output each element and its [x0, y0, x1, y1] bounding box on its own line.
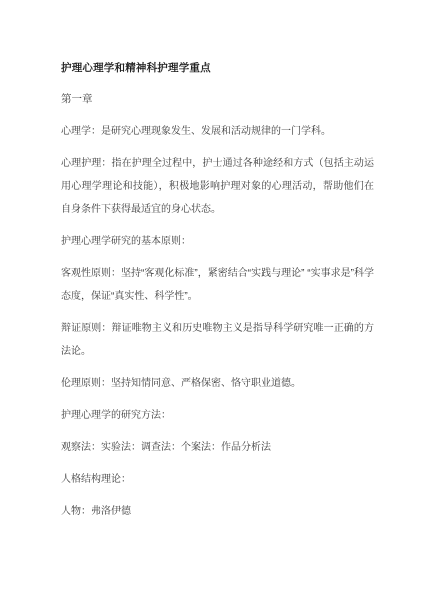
chapter-heading: 第一章	[61, 88, 374, 111]
paragraph-research-methods-heading: 护理心理学的研究方法：	[61, 404, 374, 427]
document-content: 护理心理学和精神科护理学重点 第一章 心理学：是研究心理现象发生、发展和活动规律…	[61, 57, 374, 523]
paragraph-basic-principles-heading: 护理心理学研究的基本原则：	[61, 230, 374, 253]
paragraph-research-methods-list: 观察法：实验法：调查法：个案法：作品分析法	[61, 436, 374, 459]
paragraph-dialectical-principle: 辩证原则：辩证唯物主义和历史唯物主义是指导科学研究唯一正确的方法论。	[61, 317, 374, 363]
paragraph-ethical-principle: 伦理原则：坚持知情同意、严格保密、恪守职业道德。	[61, 372, 374, 395]
paragraph-personality-structure-heading: 人格结构理论：	[61, 468, 374, 491]
paragraph-psychological-nursing-definition: 心理护理：指在护理全过程中，护士通过各种途经和方式（包括主动运用心理学理论和技能…	[61, 152, 374, 221]
document-page: 护理心理学和精神科护理学重点 第一章 心理学：是研究心理现象发生、发展和活动规律…	[0, 0, 424, 600]
document-title: 护理心理学和精神科护理学重点	[61, 57, 374, 80]
paragraph-figure-freud: 人物：弗洛伊德	[61, 500, 374, 523]
paragraph-objectivity-principle: 客观性原则：坚持“客观化标准”，紧密结合“实践与理论” “实事求是”科学态度，保…	[61, 262, 374, 308]
paragraph-psychology-definition: 心理学：是研究心理现象发生、发展和活动规律的一门学科。	[61, 120, 374, 143]
